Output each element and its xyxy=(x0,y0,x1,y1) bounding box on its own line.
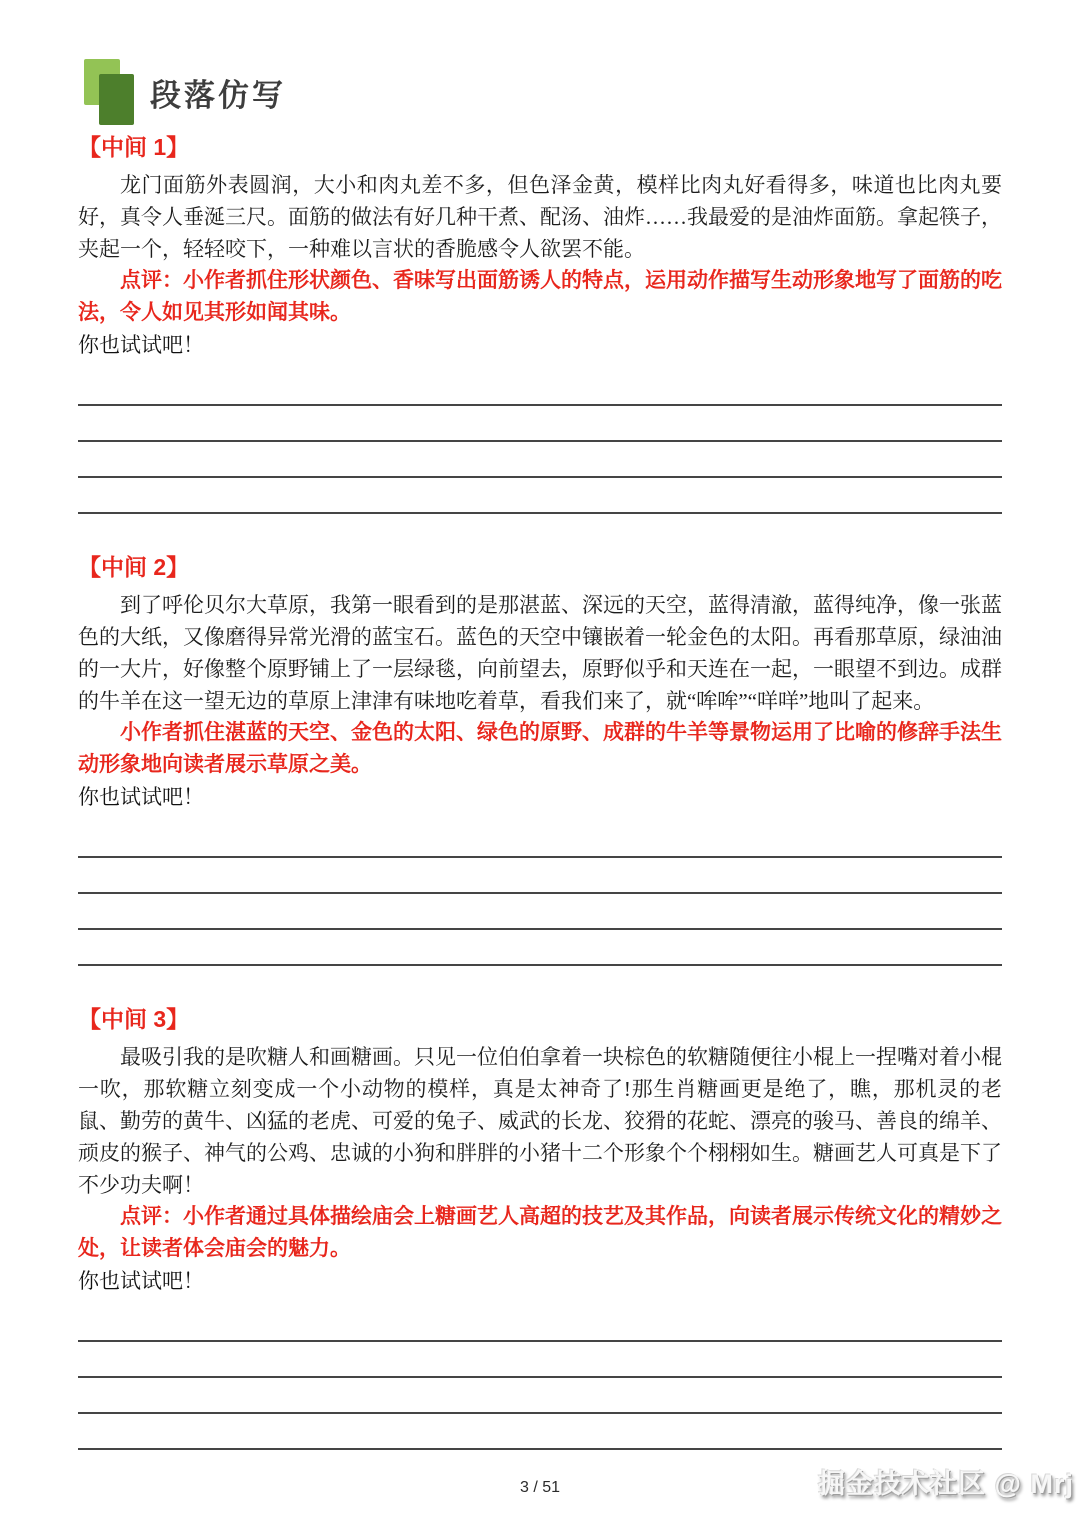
section-label: 【中间 2】 xyxy=(78,554,1002,580)
writing-lines-block xyxy=(78,814,1002,966)
writing-line xyxy=(78,894,1002,930)
page-title: 段落仿写 xyxy=(150,70,286,115)
try-prompt: 你也试试吧！ xyxy=(78,781,1002,814)
writing-line xyxy=(78,1342,1002,1378)
example-paragraph: 到了呼伦贝尔大草原，我第一眼看到的是那湛蓝、深远的天空，蓝得清澈，蓝得纯净，像一… xyxy=(78,589,1002,717)
writing-line xyxy=(78,1378,1002,1414)
section-header: 段落仿写 xyxy=(78,56,1002,128)
writing-line xyxy=(78,822,1002,858)
watermark-text: 掘金技术社区 @ Mrj xyxy=(818,1462,1074,1501)
try-prompt: 你也试试吧！ xyxy=(78,1265,1002,1298)
writing-lines-block xyxy=(78,362,1002,514)
teacher-comment: 小作者抓住湛蓝的天空、金色的太阳、绿色的原野、成群的牛羊等景物运用了比喻的修辞手… xyxy=(78,717,1002,781)
green-pages-icon xyxy=(78,57,134,127)
dark-green-square xyxy=(99,74,134,125)
writing-lines-block xyxy=(78,1298,1002,1450)
teacher-comment: 点评：小作者通过具体描绘庙会上糖画艺人高超的技艺及其作品，向读者展示传统文化的精… xyxy=(78,1201,1002,1265)
teacher-comment: 点评：小作者抓住形状颜色、香味写出面筋诱人的特点，运用动作描写生动形象地写了面筋… xyxy=(78,265,1002,329)
writing-line xyxy=(78,930,1002,966)
writing-line xyxy=(78,858,1002,894)
section-zhongjian-3: 【中间 3】 最吸引我的是吹糖人和画糖画。只见一位伯伯拿着一块棕色的软糖随便往小… xyxy=(78,1006,1002,1450)
try-prompt: 你也试试吧！ xyxy=(78,329,1002,362)
section-zhongjian-2: 【中间 2】 到了呼伦贝尔大草原，我第一眼看到的是那湛蓝、深远的天空，蓝得清澈，… xyxy=(78,554,1002,966)
writing-line xyxy=(78,370,1002,406)
document-page: 段落仿写 【中间 1】 龙门面筋外表圆润，大小和肉丸差不多，但色泽金黄，模样比肉… xyxy=(0,0,1080,1527)
writing-line xyxy=(78,442,1002,478)
writing-line xyxy=(78,1306,1002,1342)
section-zhongjian-1: 【中间 1】 龙门面筋外表圆润，大小和肉丸差不多，但色泽金黄，模样比肉丸好看得多… xyxy=(78,134,1002,514)
section-label: 【中间 1】 xyxy=(78,134,1002,160)
example-paragraph: 龙门面筋外表圆润，大小和肉丸差不多，但色泽金黄，模样比肉丸好看得多，味道也比肉丸… xyxy=(78,169,1002,265)
writing-line xyxy=(78,1414,1002,1450)
example-paragraph: 最吸引我的是吹糖人和画糖画。只见一位伯伯拿着一块棕色的软糖随便往小棍上一捏嘴对着… xyxy=(78,1041,1002,1201)
section-label: 【中间 3】 xyxy=(78,1006,1002,1032)
writing-line xyxy=(78,406,1002,442)
writing-line xyxy=(78,478,1002,514)
